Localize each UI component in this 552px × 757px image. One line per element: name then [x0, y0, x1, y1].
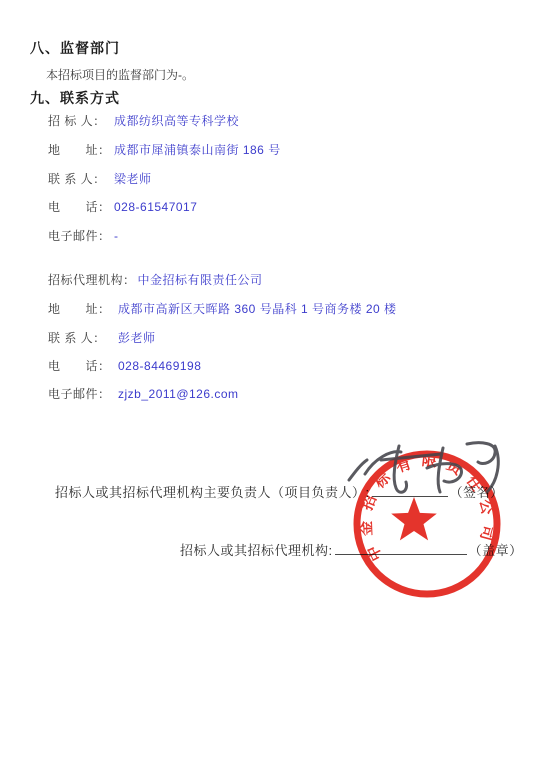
agency-contact-value: 彭老师 — [118, 329, 156, 346]
signature-line1-suffix: （签名） — [450, 482, 504, 501]
section8-heading: 八、监督部门 — [30, 38, 120, 58]
bidder-address-row: 地 址： 成都市犀浦镇泰山南街 186 号 — [48, 141, 281, 158]
bidder-contact-row: 联 系 人： 梁老师 — [48, 170, 152, 187]
agency-name-row: 招标代理机构： 中金招标有限责任公司 — [48, 271, 263, 288]
bidder-contact-value: 梁老师 — [114, 170, 152, 187]
agency-address-label: 地 址： — [48, 300, 118, 317]
agency-contact-label: 联 系 人： — [48, 329, 118, 346]
agency-phone-row: 电 话： 028-84469198 — [48, 357, 201, 374]
signature-line1-label: 招标人或其招标代理机构主要负责人（项目负责人）: — [55, 482, 370, 501]
bidder-phone-row: 电 话： 028-61547017 — [48, 198, 197, 215]
bidder-phone-label: 电 话： — [48, 198, 114, 215]
bidder-address-label: 地 址： — [48, 141, 114, 158]
bidder-contact-label: 联 系 人： — [48, 170, 114, 187]
seal-star — [391, 497, 437, 540]
agency-phone-label: 电 话： — [48, 357, 118, 374]
section9-heading: 九、联系方式 — [30, 88, 120, 108]
signature-line-agency: 招标人或其招标代理机构: （盖章） — [180, 540, 523, 559]
document-page: 八、监督部门 本招标项目的监督部门为-。 九、联系方式 招 标 人： 成都纺织高… — [0, 0, 552, 757]
bidder-phone-value: 028-61547017 — [114, 200, 197, 214]
agency-phone-value: 028-84469198 — [118, 359, 201, 373]
seal-ring — [357, 454, 497, 594]
agency-name-label: 招标代理机构： — [48, 271, 136, 288]
bidder-email-label: 电子邮件： — [48, 227, 114, 244]
bidder-address-value: 成都市犀浦镇泰山南街 186 号 — [114, 141, 281, 158]
agency-contact-row: 联 系 人： 彭老师 — [48, 329, 156, 346]
signature-line-responsible: 招标人或其招标代理机构主要负责人（项目负责人）: （签名） — [55, 482, 504, 501]
agency-email-row: 电子邮件： zjzb_2011@126.com — [48, 385, 239, 402]
agency-address-value: 成都市高新区天晖路 360 号晶科 1 号商务楼 20 楼 — [118, 300, 397, 317]
seal-circle-group: 中金招标有限责任公司 — [357, 451, 498, 594]
agency-address-row: 地 址： 成都市高新区天晖路 360 号晶科 1 号商务楼 20 楼 — [48, 300, 397, 317]
signature-line2-suffix: （盖章） — [469, 540, 523, 559]
signature-line2-underline — [335, 541, 467, 555]
section8-body: 本招标项目的监督部门为-。 — [46, 66, 194, 83]
bidder-email-value: - — [114, 229, 119, 243]
bidder-name-row: 招 标 人： 成都纺织高等专科学校 — [48, 112, 239, 129]
signature-line2-label: 招标人或其招标代理机构: — [180, 540, 333, 559]
agency-name-value: 中金招标有限责任公司 — [138, 271, 263, 288]
bidder-name-label: 招 标 人： — [48, 112, 114, 129]
bidder-name-value: 成都纺织高等专科学校 — [114, 112, 239, 129]
bidder-email-row: 电子邮件： - — [48, 227, 119, 244]
company-seal: 中金招标有限责任公司 — [343, 436, 515, 604]
agency-email-label: 电子邮件： — [48, 385, 118, 402]
signature-line1-underline — [372, 483, 448, 497]
seal-and-signature-graphic: 中金招标有限责任公司 — [343, 436, 515, 604]
agency-email-value: zjzb_2011@126.com — [118, 387, 239, 401]
